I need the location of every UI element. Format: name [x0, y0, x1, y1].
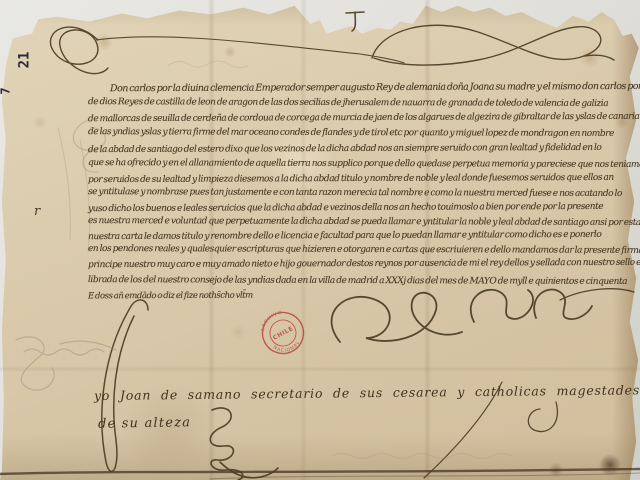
- rubric-tail: [560, 289, 634, 300]
- text-line-abbreviated: E doss an̄ emdādo o diz el fize noths̄ch…: [88, 291, 253, 302]
- top-infinity-flourish: [372, 25, 614, 65]
- bottom-paper-edge-line-2: [210, 473, 640, 479]
- bottom-paper-edge-line: [0, 469, 640, 474]
- top-long-stroke: [96, 37, 404, 63]
- top-cross-mark: [346, 12, 364, 31]
- text-line: de dios Reyes de castilla de leon de ara…: [88, 97, 608, 109]
- alteza-rubric: [210, 408, 278, 480]
- margin-r-mark: r: [34, 204, 40, 219]
- stamp-center-text: CHILE: [272, 325, 295, 342]
- text-line: que se ha ofrecido y en el allanamiento …: [88, 158, 640, 170]
- archive-number-21: 21: [16, 52, 32, 69]
- de-su-alteza-line: de su alteza: [98, 415, 191, 432]
- text-line: de las yndias yslas y tierra firme del m…: [88, 127, 614, 139]
- ghost-diagonal-strokes: [58, 128, 90, 252]
- mandado-hook: [528, 402, 557, 432]
- top-left-spiral-flourish: [50, 27, 108, 74]
- text-line: Don carlos por la diuina clemencia Emper…: [110, 81, 640, 94]
- archive-number-7: 7: [0, 87, 13, 94]
- ghost-bottom-faint-text: [332, 454, 512, 459]
- manuscript-photo: 21 7 r Don carlos por la diuina clemenci…: [0, 0, 640, 480]
- text-line: librada de los del nuestro consejo de la…: [88, 275, 627, 287]
- tall-left-rubric-loop: [102, 300, 148, 471]
- text-line: es nuestra merced e voluntad que perpetu…: [88, 216, 640, 228]
- royal-rubric-left: [332, 293, 462, 342]
- ghost-mirrored-script-top: [168, 61, 248, 68]
- ghost-signature-showthrough: [16, 337, 116, 390]
- text-line: se yntitulase y nombrase pues tan justam…: [88, 187, 622, 199]
